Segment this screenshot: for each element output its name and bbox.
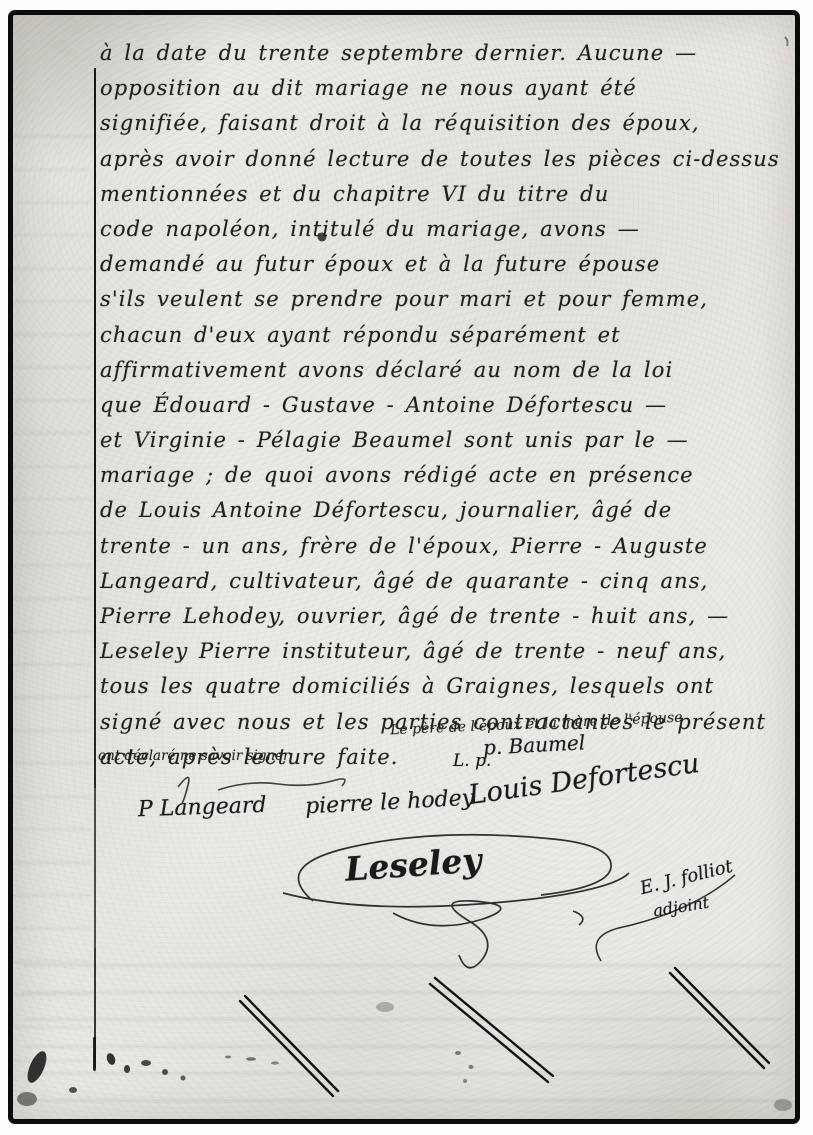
text-line-16: Langeard, cultivateur, âgé de quarante -… [100,564,795,599]
signature-folliot-adjoint: E. J. folliot [638,856,735,899]
paper-sheet: à la date du trente septembre dernier. A… [8,10,800,1124]
cannot-sign-mention: ont déclaré ne savoir signer [98,748,290,764]
cancellation-stroke [675,968,769,1063]
act-text-block: à la date du trente septembre dernier. A… [100,36,795,775]
bleedthrough-ghost-bottom [23,940,781,1120]
cancellation-stroke [240,1001,333,1096]
scanned-register-page: à la date du trente septembre dernier. A… [0,0,813,1135]
text-line-14: de Louis Antoine Défortescu, journalier,… [100,493,795,528]
text-line-9: chacun d'eux ayant répondu séparément et [100,318,795,353]
margin-rule-line [94,68,96,1068]
text-line-8: s'ils veulent se prendre pour mari et po… [100,282,795,317]
text-line-12: et Virginie - Pélagie Beaumel sont unis … [100,423,795,458]
cancellation-stroke [245,996,338,1091]
cancellation-stroke [430,984,548,1082]
text-line-4: après avoir donné lecture de toutes les … [100,142,795,177]
text-line-2: opposition au dit mariage ne nous ayant … [100,71,795,106]
signature-langeard: P Langeard [138,793,267,822]
text-line-17: Pierre Lehodey, ouvrier, âgé de trente -… [100,599,795,634]
text-line-3: signifiée, faisant droit à la réquisitio… [100,106,795,141]
signature-leseley: Leseley [344,840,483,888]
text-line-13: mariage ; de quoi avons rédigé acte en p… [100,458,795,493]
text-line-1: à la date du trente septembre dernier. A… [100,36,795,71]
cancellation-stroke [670,973,764,1068]
cancellation-strokes [240,968,769,1096]
text-line-7: demandé au futur époux et à la future ép… [100,247,795,282]
text-line-5: mentionnées et du chapitre VI du titre d… [100,177,795,212]
ink-spatter [17,1002,792,1111]
text-line-11: que Édouard - Gustave - Antoine Défortes… [100,388,795,423]
text-line-19: tous les quatre domiciliés à Graignes, l… [100,669,795,704]
text-line-15: trente - un ans, frère de l'époux, Pierr… [100,529,795,564]
bleedthrough-ghost-left [13,105,91,1065]
text-line-10: affirmativement avons déclaré au nom de … [100,353,795,388]
cancellation-stroke [435,978,553,1076]
signature-lehodey: pierre le hodey [304,786,474,820]
text-line-6: code napoléon, intitulé du mariage, avon… [100,212,795,247]
text-line-18: Leseley Pierre instituteur, âgé de trent… [100,634,795,669]
signature-folliot-title: adjoint [652,893,711,921]
